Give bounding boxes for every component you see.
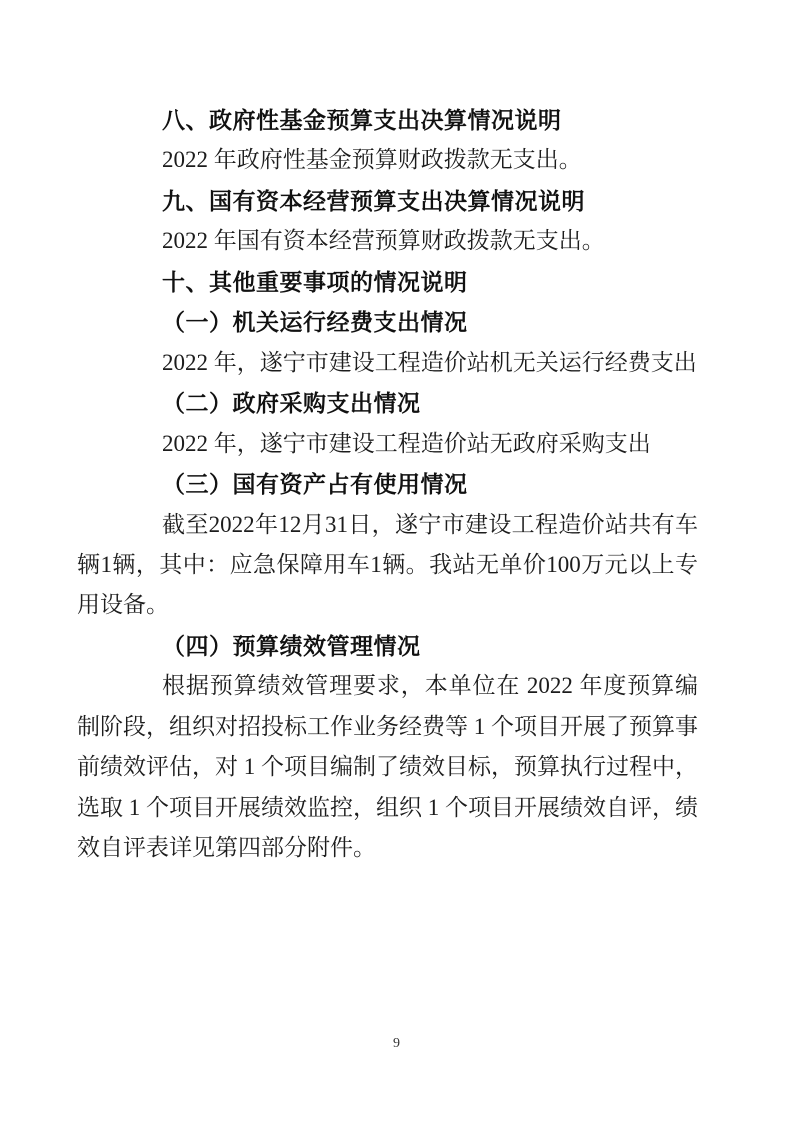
page-number: 9 xyxy=(0,1036,793,1052)
paragraph: 2022 年，遂宁市建设工程造价站无政府采购支出 xyxy=(77,424,698,464)
document-page: 八、政府性基金预算支出决算情况说明 2022 年政府性基金预算财政拨款无支出。 … xyxy=(0,0,793,1122)
paragraph: 2022 年政府性基金预算财政拨款无支出。 xyxy=(77,140,698,180)
paragraph: 截至2022年12月31日，遂宁市建设工程造价站共有车辆1辆，其中：应急保障用车… xyxy=(77,505,698,626)
subsection-heading: （一）机关运行经费支出情况 xyxy=(77,302,698,342)
section-heading: 八、政府性基金预算支出决算情况说明 xyxy=(77,100,698,140)
paragraph: 2022 年，遂宁市建设工程造价站机无关运行经费支出 xyxy=(77,343,698,383)
paragraph: 2022 年国有资本经营预算财政拨款无支出。 xyxy=(77,221,698,261)
section-heading: 九、国有资本经营预算支出决算情况说明 xyxy=(77,181,698,221)
subsection-heading: （三）国有资产占有使用情况 xyxy=(77,464,698,504)
subsection-heading: （四）预算绩效管理情况 xyxy=(77,626,698,666)
subsection-heading: （二）政府采购支出情况 xyxy=(77,383,698,423)
document-body: 八、政府性基金预算支出决算情况说明 2022 年政府性基金预算财政拨款无支出。 … xyxy=(77,100,698,869)
section-heading: 十、其他重要事项的情况说明 xyxy=(77,262,698,302)
paragraph: 根据预算绩效管理要求，本单位在 2022 年度预算编制阶段，组织对招投标工作业务… xyxy=(77,666,698,868)
